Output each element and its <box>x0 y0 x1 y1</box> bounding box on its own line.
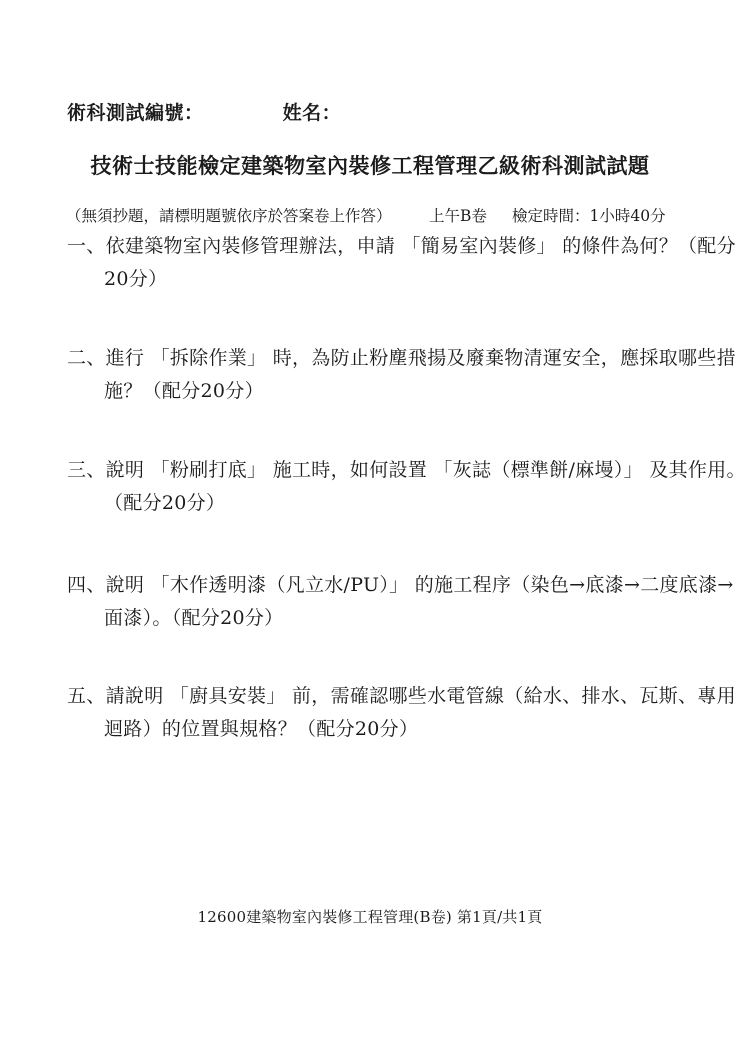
exam-paper-page: 術科測試編號： 姓名： 技術士技能檢定建築物室內裝修工程管理乙級術科測試試題 （… <box>0 0 740 1046</box>
session-label: 上午B卷 <box>429 204 487 226</box>
header-row: 術科測試編號： 姓名： <box>67 98 341 125</box>
question-1: 一、依建築物室內裝修管理辦法，申請 「簡易室內裝修」 的條件為何？（配分 20分… <box>67 230 697 296</box>
page-footer: 12600建築物室內裝修工程管理(B卷) 第1頁/共1頁 <box>0 906 740 927</box>
question-1-text: 依建築物室內裝修管理辦法，申請 「簡易室內裝修」 的條件為何？（配分 <box>106 235 736 257</box>
exam-number-label: 術科測試編號： <box>67 102 204 124</box>
question-1-line-1: 一、依建築物室內裝修管理辦法，申請 「簡易室內裝修」 的條件為何？（配分 <box>67 230 697 263</box>
question-5: 五、請說明 「廚具安裝」 前，需確認哪些水電管線（給水、排水、瓦斯、專用 迴路）… <box>67 680 697 746</box>
meta-row: （無須抄題，請標明題號依序於答案卷上作答） 上午B卷 檢定時間：1小時40分 <box>0 204 740 226</box>
question-3-line-2: （配分20分） <box>67 487 697 520</box>
question-5-line-2: 迴路）的位置與規格？（配分20分） <box>67 713 697 746</box>
name-label: 姓名： <box>283 98 342 125</box>
question-2-line-2: 施？（配分20分） <box>67 375 697 408</box>
question-4-line-2: 面漆）。（配分20分） <box>67 602 697 635</box>
question-4: 四、說明 「木作透明漆（凡立水/PU）」 的施工程序（染色→底漆→二度底漆→ 面… <box>67 569 697 635</box>
question-3-text: 說明 「粉刷打底」 施工時，如何設置 「灰誌（標準餅/麻墁）」 及其作用。 <box>106 459 740 481</box>
question-5-text: 請說明 「廚具安裝」 前，需確認哪些水電管線（給水、排水、瓦斯、專用 <box>106 685 736 707</box>
question-2: 二、進行 「拆除作業」 時，為防止粉塵飛揚及廢棄物清運安全，應採取哪些措 施？（… <box>67 342 697 408</box>
question-4-text-cont: 面漆）。（配分20分） <box>104 607 283 629</box>
question-2-text: 進行 「拆除作業」 時，為防止粉塵飛揚及廢棄物清運安全，應採取哪些措 <box>106 347 736 369</box>
question-4-line-1: 四、說明 「木作透明漆（凡立水/PU）」 的施工程序（染色→底漆→二度底漆→ <box>67 569 697 602</box>
question-1-line-2: 20分） <box>67 263 697 296</box>
question-3: 三、說明 「粉刷打底」 施工時，如何設置 「灰誌（標準餅/麻墁）」 及其作用。 … <box>67 454 697 520</box>
answer-instructions: （無須抄題，請標明題號依序於答案卷上作答） <box>66 204 392 226</box>
question-5-line-1: 五、請說明 「廚具安裝」 前，需確認哪些水電管線（給水、排水、瓦斯、專用 <box>67 680 697 713</box>
question-3-text-cont: （配分20分） <box>104 492 225 514</box>
question-4-number: 四、 <box>67 574 106 596</box>
question-3-line-1: 三、說明 「粉刷打底」 施工時，如何設置 「灰誌（標準餅/麻墁）」 及其作用。 <box>67 454 697 487</box>
question-5-text-cont: 迴路）的位置與規格？（配分20分） <box>104 718 418 740</box>
question-2-number: 二、 <box>67 347 106 369</box>
time-limit-label: 檢定時間：1小時40分 <box>512 204 666 226</box>
question-2-line-1: 二、進行 「拆除作業」 時，為防止粉塵飛揚及廢棄物清運安全，應採取哪些措 <box>67 342 697 375</box>
question-3-number: 三、 <box>67 459 106 481</box>
question-5-number: 五、 <box>67 685 106 707</box>
question-1-number: 一、 <box>67 235 106 257</box>
question-4-text: 說明 「木作透明漆（凡立水/PU）」 的施工程序（染色→底漆→二度底漆→ <box>106 574 734 596</box>
page-title: 技術士技能檢定建築物室內裝修工程管理乙級術科測試試題 <box>0 150 740 180</box>
question-2-text-cont: 施？（配分20分） <box>104 380 264 402</box>
question-1-text-cont: 20分） <box>104 268 167 290</box>
